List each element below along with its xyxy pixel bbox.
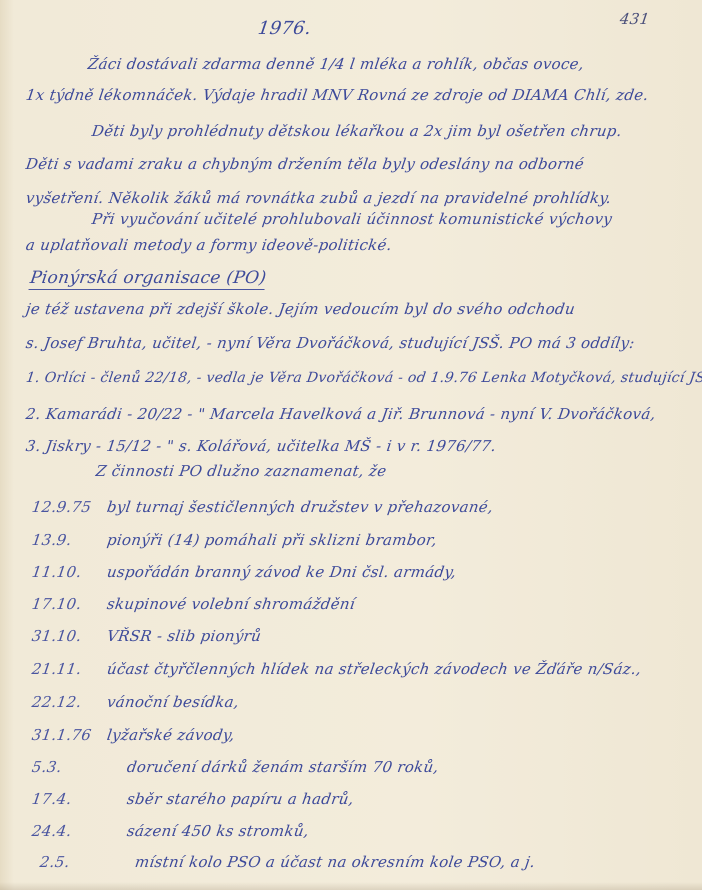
unit-2: 2. Kamarádi - 20/22 - " Marcela Havelkov… [25, 405, 657, 423]
activity-text: sběr starého papíru a hadrů, [126, 790, 355, 808]
activity-row: 11.10. uspořádán branný závod ke Dni čsl… [31, 563, 458, 581]
section-title: Pionýrská organisace (PO) [28, 268, 267, 290]
activity-text: uspořádán branný závod ke Dni čsl. armád… [106, 563, 458, 581]
activity-date: 13.9. [31, 531, 104, 549]
activity-text: doručení dárků ženám starším 70 roků, [126, 758, 440, 776]
paragraph-doctor-line-1: Děti byly prohlédnuty dětskou lékařkou a… [91, 122, 623, 140]
activity-date: 2.5. [39, 853, 132, 871]
activity-date: 5.3. [31, 758, 124, 776]
activity-row: 24.4. sázení 450 ks stromků, [31, 822, 310, 840]
activity-row: 31.1.76 lyžařské závody, [31, 726, 236, 744]
activity-row: 22.12. vánoční besídka, [31, 693, 241, 711]
paragraph-doctor-line-2: Děti s vadami zraku a chybným držením tě… [25, 155, 586, 173]
activity-date: 17.10. [31, 595, 104, 613]
activity-row: 12.9.75 byl turnaj šestičlenných družste… [31, 498, 495, 516]
activity-date: 24.4. [31, 822, 124, 840]
section-intro-line-1: je též ustavena při zdejší škole. Jejím … [25, 300, 577, 318]
activity-text: VŘSR - slib pionýrů [106, 627, 263, 645]
activity-date: 31.10. [31, 627, 104, 645]
activity-date: 21.11. [31, 660, 104, 678]
activity-row: 31.10. VŘSR - slib pionýrů [31, 627, 263, 645]
activity-row: 21.11. účast čtyřčlenných hlídek na stře… [31, 660, 643, 678]
activity-text: místní kolo PSO a účast na okresním kole… [134, 853, 537, 871]
activity-text: lyžařské závody, [106, 726, 236, 744]
activity-date: 11.10. [31, 563, 104, 581]
activity-date: 22.12. [31, 693, 104, 711]
page-number: 431 [619, 10, 651, 28]
year-heading: 1976. [257, 18, 313, 39]
activity-row: 5.3. doručení dárků ženám starším 70 rok… [31, 758, 440, 776]
handwritten-chronicle-page: 1976. 431 Žáci dostávali zdarma denně 1/… [0, 0, 702, 890]
activity-row: 17.4. sběr starého papíru a hadrů, [31, 790, 355, 808]
activity-date: 31.1.76 [31, 726, 104, 744]
paragraph-doctor-line-3: vyšetření. Několik žáků má rovnátka zubů… [25, 189, 613, 207]
unit-3: 3. Jiskry - 15/12 - " s. Kolářová, učite… [25, 437, 498, 455]
paragraph-teachers-line-1: Při vyučování učitelé prohlubovali účinn… [91, 210, 614, 228]
activity-text: sázení 450 ks stromků, [126, 822, 310, 840]
paragraph-milk-line-2: 1x týdně lékomnáček. Výdaje hradil MNV R… [25, 86, 650, 104]
activity-row: 13.9. pionýři (14) pomáhali při sklizni … [31, 531, 439, 549]
activity-text: účast čtyřčlenných hlídek na střeleckých… [106, 660, 643, 678]
activities-intro: Z činnosti PO dlužno zaznamenat, že [95, 462, 388, 480]
unit-1: 1. Orlíci - členů 22/18, - vedla je Věra… [25, 370, 702, 386]
activity-row: 2.5. místní kolo PSO a účast na okresním… [39, 853, 537, 871]
activity-text: pionýři (14) pomáhali při sklizni brambo… [106, 531, 438, 549]
paragraph-teachers-line-2: a uplatňovali metody a formy ideově-poli… [25, 236, 393, 254]
activity-date: 17.4. [31, 790, 124, 808]
activity-row: 17.10. skupinové volební shromáždění [31, 595, 357, 613]
section-intro-line-2: s. Josef Bruhta, učitel, - nyní Věra Dvo… [25, 334, 636, 352]
paragraph-milk-line-1: Žáci dostávali zdarma denně 1/4 l mléka … [87, 55, 586, 73]
activity-text: vánoční besídka, [106, 693, 240, 711]
activity-date: 12.9.75 [31, 498, 104, 516]
activity-text: skupinové volební shromáždění [106, 595, 356, 613]
activity-text: byl turnaj šestičlenných družstev v přeh… [106, 498, 495, 516]
